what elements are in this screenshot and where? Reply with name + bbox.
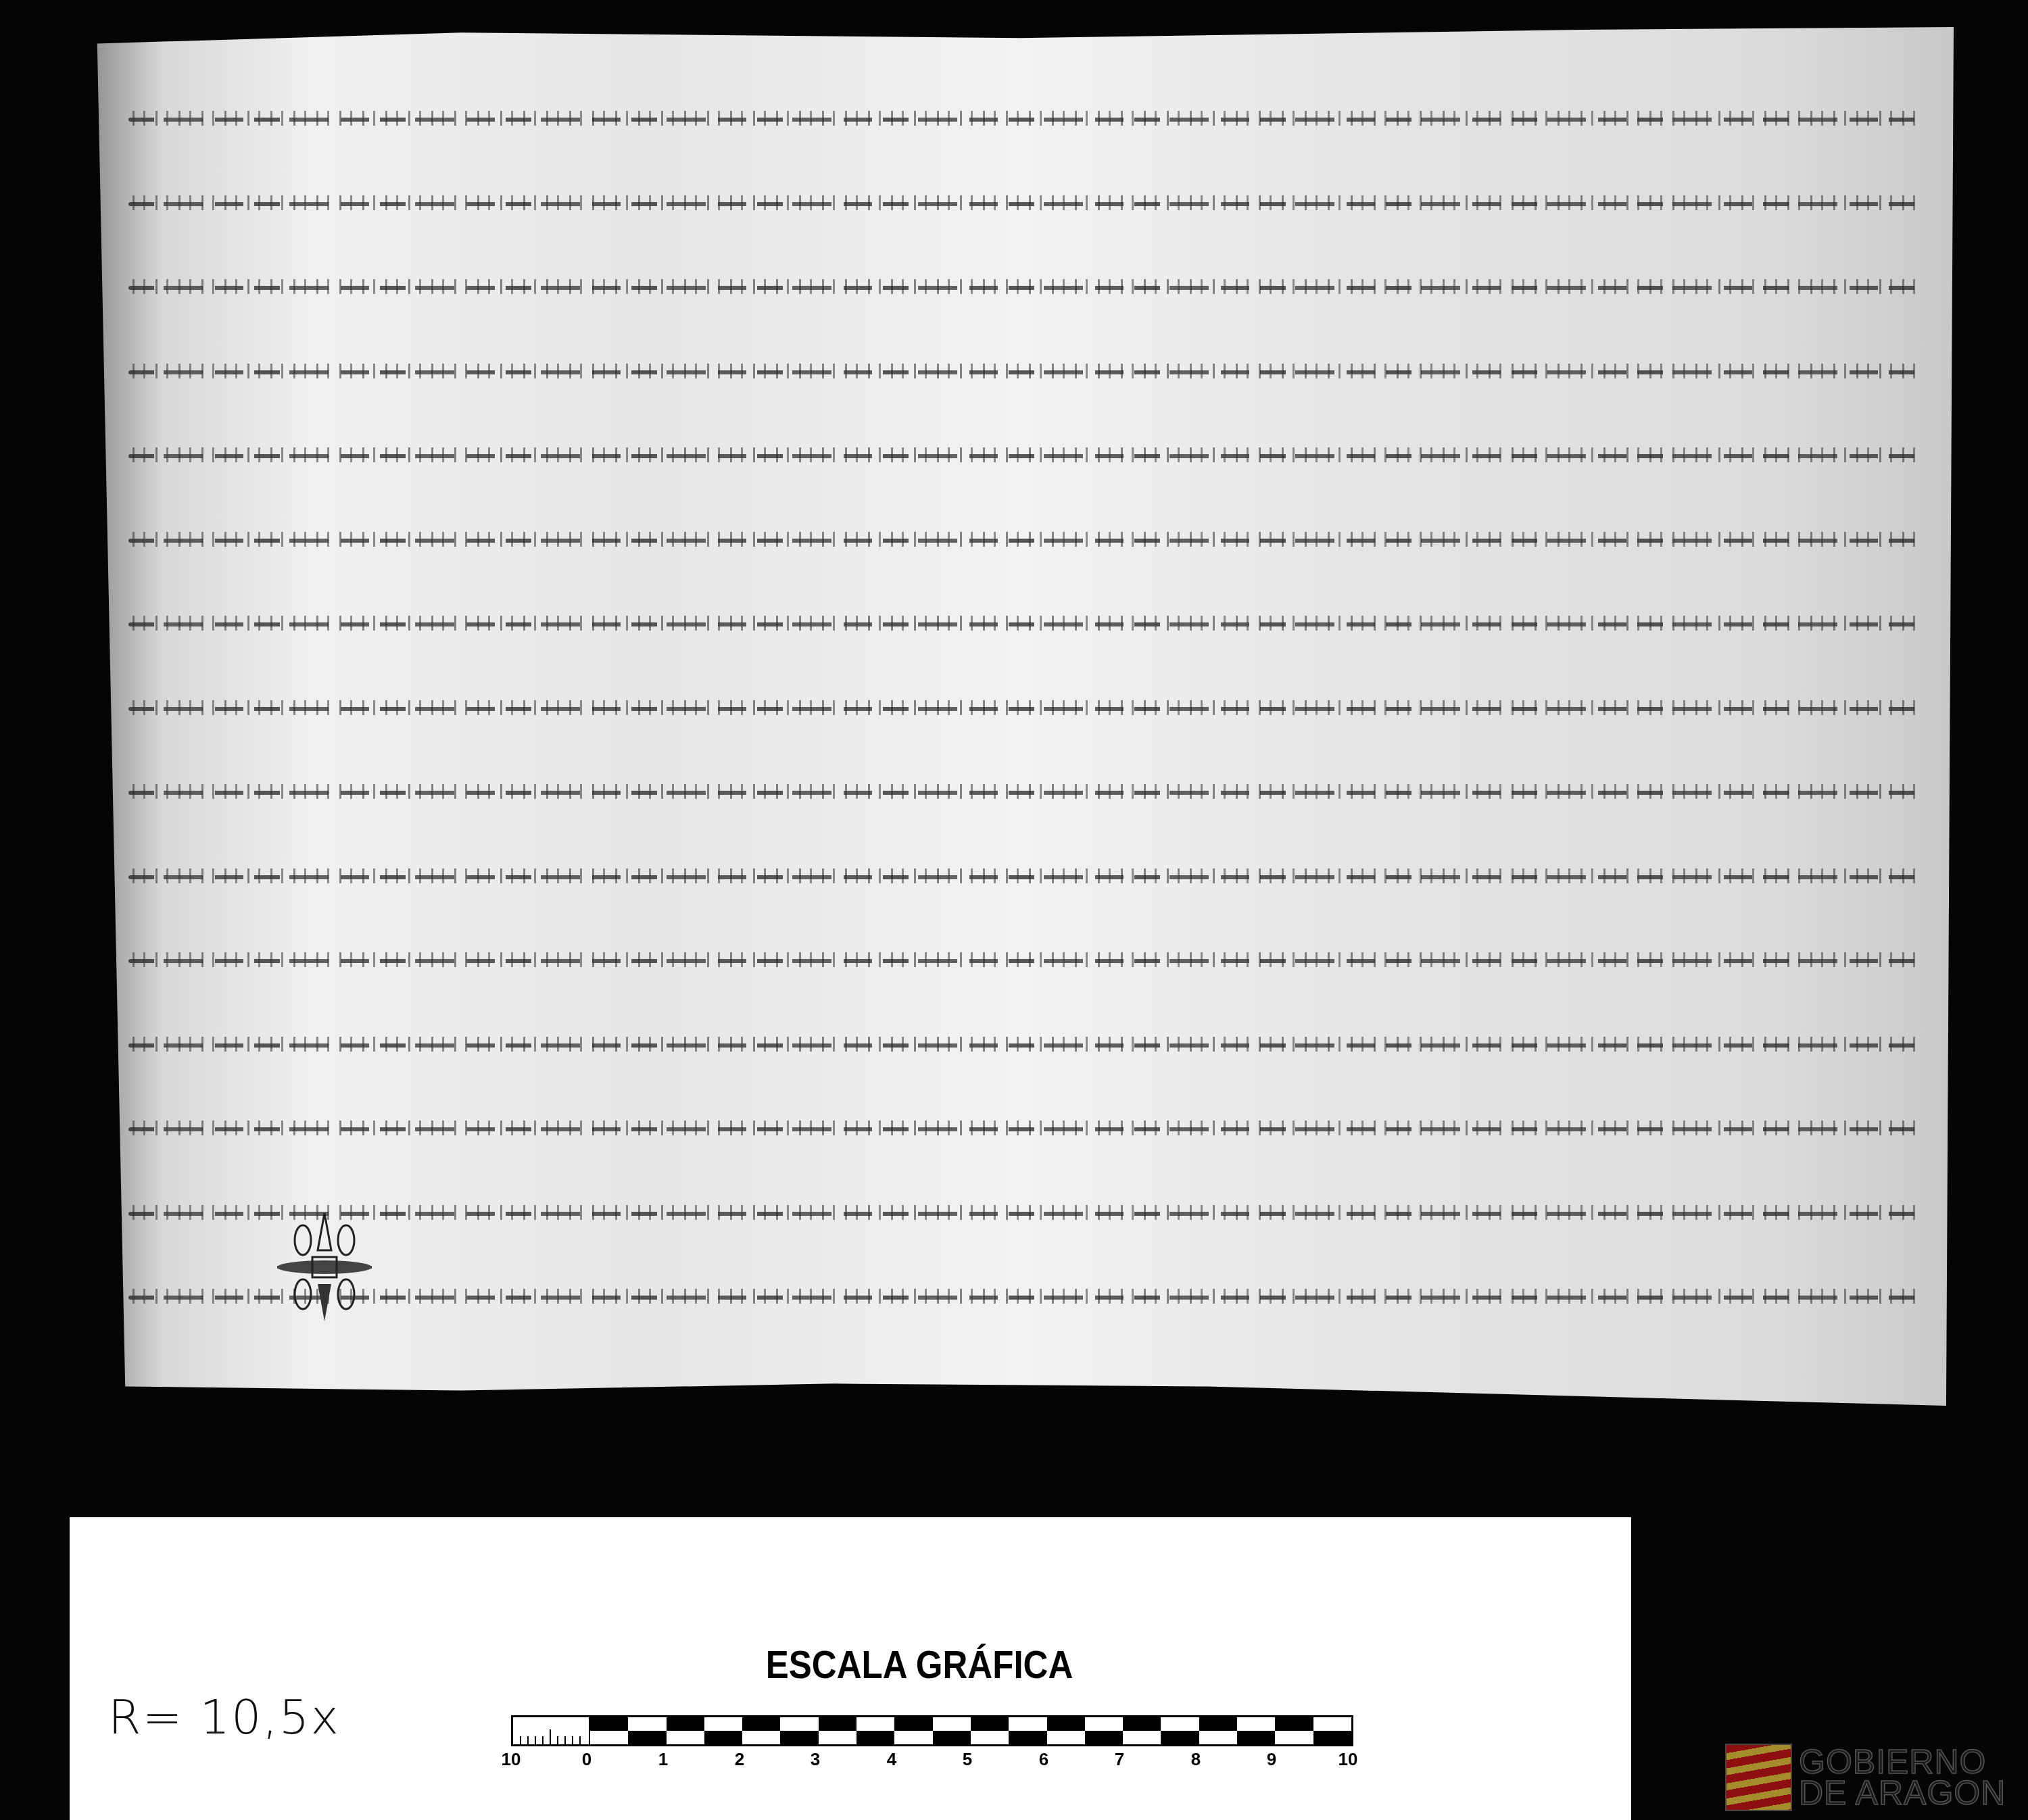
tick-label: 10: [502, 1749, 521, 1770]
manuscript-line: [128, 1279, 1920, 1312]
tick-label: 8: [1191, 1749, 1201, 1770]
manuscript-line: [128, 691, 1920, 723]
tick-label: 10: [1338, 1749, 1358, 1770]
notary-signum-icon: [277, 1210, 372, 1325]
manuscript-line: [128, 101, 1920, 134]
scale-tick-labels: 10 0 1 2 3 4 5 6 7 8 9 10: [498, 1749, 1370, 1776]
manuscript-line: [128, 1027, 1920, 1060]
logo-text: GOBIERNO DE ARAGON: [1799, 1746, 2006, 1809]
tick-label: 5: [963, 1749, 972, 1770]
tick-label: 1: [658, 1749, 668, 1770]
scale-title: ESCALA GRÁFICA: [711, 1642, 1128, 1688]
manuscript-line: [128, 1196, 1920, 1228]
logo-line-2: DE ARAGON: [1799, 1777, 2006, 1809]
manuscript-line: [128, 270, 1920, 302]
scale-subdivision: [513, 1717, 590, 1744]
gobierno-de-aragon-logo: GOBIERNO DE ARAGON: [1725, 1744, 2006, 1811]
graphic-scale-bar: [511, 1715, 1353, 1746]
manuscript-line: [128, 859, 1920, 891]
aragon-flag-icon: [1725, 1744, 1792, 1811]
logo-line-1: GOBIERNO: [1799, 1746, 2006, 1777]
manuscript-line: [128, 438, 1920, 470]
tick-label: 3: [811, 1749, 820, 1770]
tick-label: 0: [582, 1749, 591, 1770]
tick-label: 6: [1039, 1749, 1048, 1770]
tick-label: 7: [1115, 1749, 1124, 1770]
tick-label: 9: [1267, 1749, 1276, 1770]
manuscript-line: [128, 606, 1920, 639]
manuscript-line: [128, 943, 1920, 975]
manuscript-line: [128, 1111, 1920, 1143]
reduction-ratio: R= 10,5x: [108, 1690, 340, 1745]
manuscript-line: [128, 522, 1920, 555]
manuscript-text: [128, 101, 1920, 1364]
manuscript-line: [128, 774, 1920, 807]
manuscript-line: [128, 186, 1920, 218]
manuscript-line: [128, 354, 1920, 387]
tick-label: 2: [735, 1749, 744, 1770]
tick-label: 4: [887, 1749, 896, 1770]
